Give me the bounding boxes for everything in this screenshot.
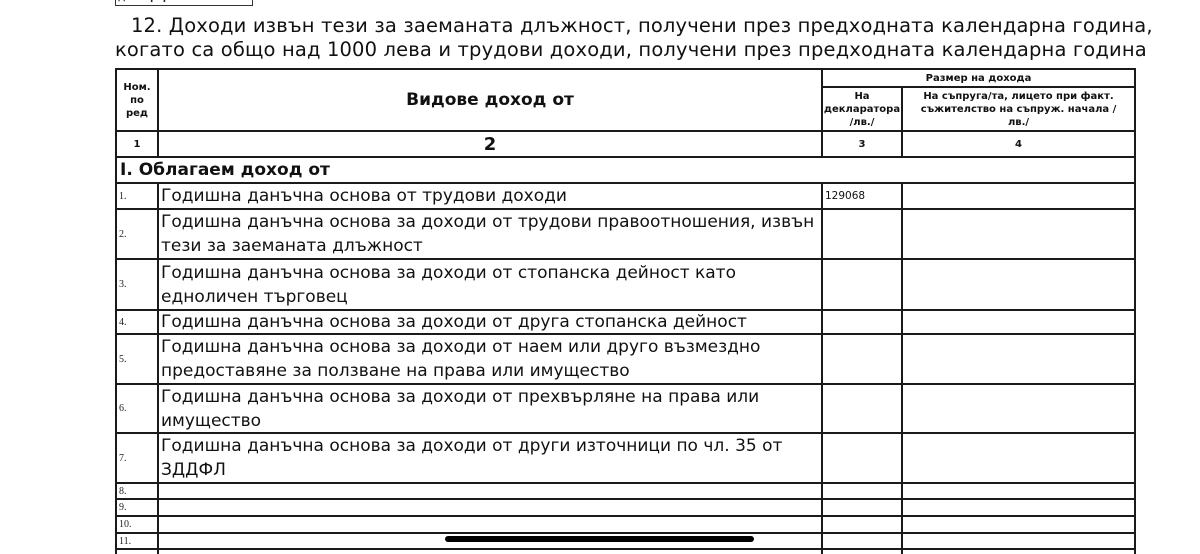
home-indicator[interactable] — [445, 536, 754, 542]
row-number-text: 4. — [119, 317, 157, 328]
header-income-type: Видове доход от — [159, 70, 821, 130]
declarant-amount-field[interactable]: 129068 — [823, 184, 901, 208]
income-description-text: Годишна данъчна основа от трудови доходи — [161, 184, 821, 208]
declarant-amount-field[interactable] — [823, 385, 901, 432]
section-title: 12. Доходи извън тези за заеманата длъжн… — [115, 14, 1155, 62]
header-income-amount-group-text: Размер на дохода — [823, 72, 1134, 85]
declarant-amount-field[interactable] — [823, 335, 901, 383]
row-number-text: 7. — [119, 453, 157, 464]
declarant-amount-field[interactable] — [823, 210, 901, 258]
spouse-amount-field[interactable] — [903, 210, 1134, 258]
income-description: Годишна данъчна основа от трудови доходи — [159, 184, 821, 208]
income-description-text: ЗДДФЛ — [161, 458, 821, 482]
row-number-text: 6. — [119, 403, 157, 414]
section-title-line-2: когато са общо над 1000 лева и трудови д… — [115, 38, 1155, 62]
header-row-number-text: ред — [117, 107, 157, 120]
income-description — [159, 517, 821, 532]
income-description: Годишна данъчна основа за доходи от друг… — [159, 311, 821, 333]
header-spouse-text: На съпруга/та, лицето при факт. — [903, 90, 1134, 103]
spouse-amount-field[interactable] — [903, 335, 1134, 383]
income-description-text: имущество — [161, 409, 821, 433]
spouse-amount-field[interactable] — [903, 484, 1134, 498]
section-taxable-income-label-text: I. Облагаем доход от — [120, 160, 1134, 180]
income-description-text: Годишна данъчна основа за доходи от друг… — [161, 434, 821, 458]
spouse-amount-field[interactable] — [903, 311, 1134, 333]
header-spouse-text: съжителство на съпруж. начала / — [903, 103, 1134, 116]
row-number-text: 9. — [119, 502, 157, 513]
header-spouse: На съпруга/та, лицето при факт.съжителст… — [903, 88, 1134, 130]
spouse-amount-field[interactable] — [903, 184, 1134, 208]
row-number: 11. — [117, 534, 157, 548]
row-number: 9. — [117, 500, 157, 515]
header-declarant-text: /лв./ — [823, 116, 901, 129]
row-number: 10. — [117, 517, 157, 532]
row-number: 5. — [117, 335, 157, 383]
header-income-type-text: Видове доход от — [159, 90, 821, 110]
income-description: Годишна данъчна основа за доходи от прех… — [159, 385, 821, 432]
row-number: 8. — [117, 484, 157, 498]
previous-section-fragment: деклариране: — [115, 0, 253, 6]
column-number-3-text: 3 — [823, 139, 901, 150]
column-number-1: 1 — [117, 132, 157, 156]
header-declarant-text: декларатора — [823, 103, 901, 116]
row-number: 2. — [117, 210, 157, 258]
column-number-4: 4 — [903, 132, 1134, 156]
row-number: 3. — [117, 260, 157, 309]
column-number-2: 2 — [159, 132, 821, 156]
income-description-text: Годишна данъчна основа за доходи от прех… — [161, 385, 821, 409]
income-description-text: Годишна данъчна основа за доходи от труд… — [161, 210, 821, 234]
section-taxable-income-label: I. Облагаем доход от — [117, 158, 1134, 182]
header-row-number-text: Ном. — [117, 81, 157, 94]
row-number-text: 2. — [119, 229, 157, 240]
income-description: Годишна данъчна основа за доходи от друг… — [159, 434, 821, 482]
row-number-text: 10. — [119, 519, 157, 530]
spouse-amount-field[interactable] — [903, 517, 1134, 532]
declarant-amount-field[interactable] — [823, 311, 901, 333]
header-income-amount-group: Размер на дохода — [823, 70, 1134, 86]
declarant-amount-field[interactable] — [823, 517, 901, 532]
spouse-amount-field[interactable] — [903, 534, 1134, 548]
row-number-text: 3. — [119, 279, 157, 290]
declarant-amount-field[interactable] — [823, 484, 901, 498]
income-description-text: Годишна данъчна основа за доходи от друг… — [161, 311, 821, 333]
header-spouse-text: лв./ — [903, 116, 1134, 129]
spouse-amount-field[interactable] — [903, 434, 1134, 482]
declarant-amount-field[interactable] — [823, 260, 901, 309]
income-description-text: Годишна данъчна основа за доходи от наем… — [161, 335, 821, 359]
column-number-1-text: 1 — [117, 139, 157, 150]
declarant-amount-field[interactable] — [823, 500, 901, 515]
income-description — [159, 484, 821, 498]
declarant-amount-field[interactable] — [823, 434, 901, 482]
row-number-text: 11. — [119, 536, 157, 547]
header-row-number-text: по — [117, 94, 157, 107]
column-number-3: 3 — [823, 132, 901, 156]
spouse-amount-field[interactable] — [903, 385, 1134, 432]
income-description-text: тези за заеманата длъжност — [161, 234, 821, 258]
column-number-4-text: 4 — [903, 139, 1134, 150]
header-declarant-text: На — [823, 90, 901, 103]
header-declarant: Надекларатора/лв./ — [823, 88, 901, 130]
row-number-text: 5. — [119, 354, 157, 365]
spouse-amount-field[interactable] — [903, 500, 1134, 515]
row-number: 1. — [117, 184, 157, 208]
row-number: 4. — [117, 311, 157, 333]
spouse-amount-field[interactable] — [903, 260, 1134, 309]
declarant-amount-field[interactable] — [823, 534, 901, 548]
row-number: 7. — [117, 434, 157, 482]
column-number-2-text: 2 — [159, 134, 821, 155]
income-description-text: предоставяне за ползване на права или им… — [161, 359, 821, 383]
section-title-line-1: 12. Доходи извън тези за заеманата длъжн… — [115, 14, 1155, 38]
income-description — [159, 500, 821, 515]
row-number: 6. — [117, 385, 157, 432]
income-description-text: Годишна данъчна основа за доходи от стоп… — [161, 261, 821, 285]
header-row-number: Ном.поред — [117, 70, 157, 130]
income-description: Годишна данъчна основа за доходи от наем… — [159, 335, 821, 383]
income-description: Годишна данъчна основа за доходи от труд… — [159, 210, 821, 258]
income-description: Годишна данъчна основа за доходи от стоп… — [159, 260, 821, 309]
income-description-text: едноличен търговец — [161, 285, 821, 309]
row-number-text: 1. — [119, 191, 157, 202]
declarant-amount-field-text: 129068 — [825, 190, 901, 202]
row-number-text: 8. — [119, 486, 157, 497]
